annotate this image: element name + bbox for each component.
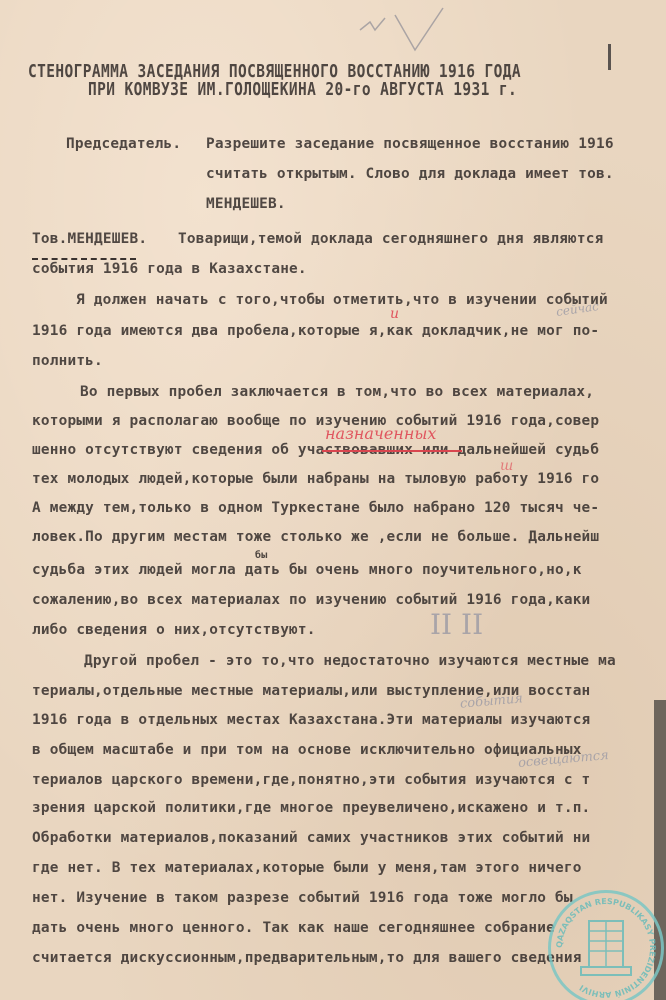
- body-line: шенно отсутствуют сведения об участвовав…: [32, 442, 599, 458]
- body-line: Другой пробел - это то,что недостаточно …: [84, 653, 616, 669]
- mendeshev-line-2: события 1916 года в Казахстане.: [32, 261, 307, 277]
- chairman-line-3: МЕНДЕШЕВ.: [206, 196, 286, 212]
- margin-mark: [608, 44, 611, 70]
- body-line: 1916 года имеются два пробела,которые я,…: [32, 323, 599, 339]
- body-line: териалов царского времени,где,понятно,эт…: [32, 772, 590, 788]
- annotation-red-i: и: [390, 306, 399, 322]
- body-line: сожалению,во всех материалах по изучению…: [32, 592, 590, 608]
- body-line: Обработки материалов,показаний самих уча…: [32, 830, 590, 846]
- body-line: дать очень много ценного. Так как наше с…: [32, 920, 555, 936]
- title-line-2: ПРИ КОМВУЗЕ ИМ.ГОЛОЩЕКИНА 20-го АВГУСТА …: [88, 80, 517, 100]
- speaker-underline: [32, 258, 136, 260]
- archive-building-icon: QAZAQSTAN RESPUBLIKASY PREZIDENTINIŃ ARH…: [551, 893, 661, 1000]
- body-line: ловек.По другим местам тоже столько же ,…: [32, 529, 599, 545]
- body-line: тех молодых людей,которые были набраны н…: [32, 471, 599, 487]
- mendeshev-line-1: Товарищи,темой доклада сегодняшнего дня …: [178, 231, 603, 247]
- annotation-pencil-marks: II II: [430, 608, 483, 641]
- annotation-red-naznachennykh: назначенных: [325, 424, 436, 443]
- body-line: нет. Изучение в таком разрезе событий 19…: [32, 890, 573, 906]
- body-line: 1916 года в отдельных местах Казахстана.…: [32, 712, 590, 728]
- mendeshev-speaker: Тов.МЕНДЕШЕВ.: [32, 231, 147, 247]
- body-line: судьба этих людей могла дать бы очень мн…: [32, 562, 582, 578]
- body-line: либо сведения о них,отсутствуют.: [32, 622, 316, 638]
- strikethrough-line: [322, 450, 462, 452]
- pencil-checkmark-icon: [355, 0, 465, 60]
- body-line: А между тем,только в одном Туркестане бы…: [32, 500, 599, 516]
- archive-stamp: QAZAQSTAN RESPUBLIKASY PREZIDENTINIŃ ARH…: [548, 890, 664, 1000]
- chairman-line-1: Разрешите заседание посвященное восстани…: [206, 136, 614, 152]
- body-line: в общем масштабе и при том на основе иск…: [32, 742, 582, 758]
- body-line: которыми я располагаю вообще по изучению…: [32, 413, 599, 429]
- body-line: считается дискуссионным,предварительным,…: [32, 950, 582, 966]
- typed-insert-by: бы: [255, 550, 267, 561]
- body-line: где нет. В тех материалах,которые были у…: [32, 860, 582, 876]
- body-line: зрения царской политики,где многое преув…: [32, 800, 590, 816]
- title-line-1: СТЕНОГРАММА ЗАСЕДАНИЯ ПОСВЯЩЕННОГО ВОССТ…: [28, 62, 521, 82]
- body-line: полнить.: [32, 353, 103, 369]
- document-page: СТЕНОГРАММА ЗАСЕДАНИЯ ПОСВЯЩЕННОГО ВОССТ…: [0, 0, 666, 1000]
- chairman-speaker: Председатель.: [66, 136, 181, 152]
- annotation-red-mark: ш: [500, 458, 513, 474]
- chairman-line-2: считать открытым. Слово для доклада имее…: [206, 166, 614, 182]
- body-line: Во первых пробел заключается в том,что в…: [80, 384, 594, 400]
- body-line: Я должен начать с того,чтобы отметить,чт…: [76, 292, 608, 308]
